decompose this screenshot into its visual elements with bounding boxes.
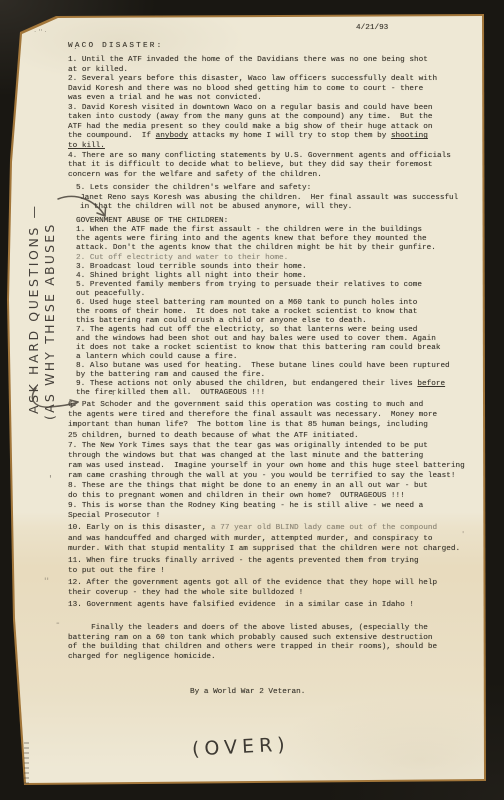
abuse-1: 1. When the ATF made the first assault -… (76, 226, 468, 253)
abuse-4: 4. Shined bright lights all night into t… (76, 272, 468, 281)
ink-speck: . (74, 42, 77, 51)
item-8: 8. These are the things that might be do… (68, 481, 468, 501)
pencil-squiggle: · '' · (34, 28, 47, 36)
abuse-9: 9. These actions not only abused the chi… (76, 380, 468, 398)
item-11: 11. When fire trucks finally arrived - t… (68, 556, 468, 576)
abuse-8: 8. Also butane was used for heating. The… (76, 362, 468, 380)
abuse-7: 7. The agents had cut off the electricty… (76, 326, 468, 362)
margin-note-why-these-abuses: (AS WHY THESE ABUSES (42, 223, 57, 421)
item-13: 13. Government agents have falsified evi… (68, 600, 468, 610)
margin-tick: ' (462, 530, 464, 539)
edge-smudge (24, 742, 29, 784)
item-6: 6. Pat Schoder and the government said t… (68, 400, 468, 440)
margin-tick: ' (49, 474, 52, 485)
document-body: 1. Until the ATF invaded the home of the… (68, 56, 468, 662)
page-title: WACO DISASTER: (68, 42, 468, 52)
item-12: 12. After the government agents got all … (68, 578, 468, 598)
item-7: 7. The New York Times says that the tear… (68, 441, 468, 481)
document-date: 4/21/93 (356, 24, 468, 34)
item-10-highlighted: 10. Early on is this disaster, a 77 year… (68, 523, 468, 553)
abuse-2: 2. Cut off electricty and water to their… (76, 254, 468, 263)
item-3: 3. David Koresh visited in downtown Waco… (68, 104, 468, 152)
item-4: 4. There are so many conflicting stateme… (68, 152, 468, 181)
margin-tick: '' (44, 577, 49, 587)
margin-tick: - (56, 618, 60, 629)
byline: By a World War 2 Veteran. (190, 688, 468, 698)
photo-background: 4/21/93 WACO DISASTER: 1. Until the ATF … (0, 0, 504, 800)
document-content: 4/21/93 WACO DISASTER: 1. Until the ATF … (68, 24, 468, 698)
abuse-3: 3. Broadcast loud terrible sounds into t… (76, 263, 468, 272)
abuse-5: 5. Prevented family members from trying … (76, 281, 468, 299)
abuse-heading: GOVERNMENT ABUSE OF THE CHILDREN: (76, 217, 468, 227)
margin-note-ask-hard-questions: ASK HARD QUESTIONS — (26, 203, 41, 414)
item-1: 1. Until the ATF invaded the home of the… (68, 56, 468, 75)
item-2: 2. Several years before this disaster, W… (68, 75, 468, 104)
item-9: 9. This is worse than the Rodney King be… (68, 501, 468, 521)
item-5: 5. Lets consider the children's welfare … (76, 184, 468, 213)
abuse-6: 6. Used huge steel battering ram mounted… (76, 299, 468, 326)
handwritten-r-insert: r (112, 388, 116, 398)
closing-paragraph: Finally the leaders and doers of the abo… (68, 624, 468, 662)
